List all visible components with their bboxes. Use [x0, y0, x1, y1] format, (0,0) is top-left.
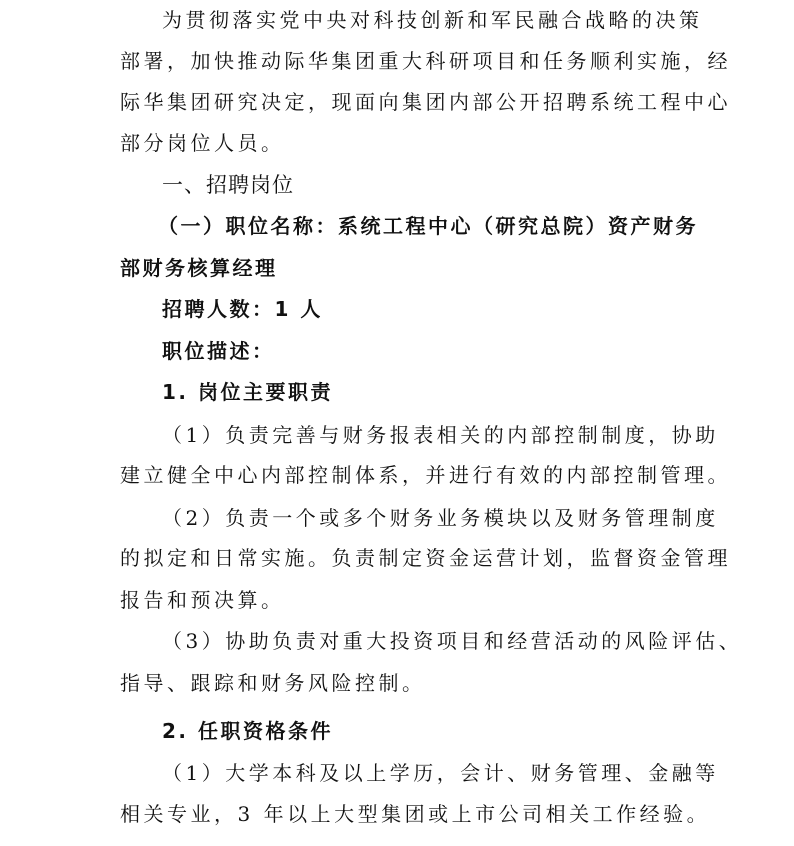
duty-3-line-1: （3）协助负责对重大投资项目和经营活动的风险评估、 [162, 628, 718, 654]
duty-2-line-1: （2）负责一个或多个财务业务模块以及财务管理制度 [162, 505, 718, 531]
duty-1-line-2: 建立健全中心内部控制体系，并进行有效的内部控制管理。 [120, 462, 676, 488]
duties-heading: 1. 岗位主要职责 [162, 379, 718, 405]
position-title-line-1: （一）职位名称：系统工程中心（研究总院）资产财务 [158, 213, 714, 239]
duty-3-line-2: 指导、跟踪和财务风险控制。 [120, 670, 676, 696]
qualification-1-line-2: 相关专业，3 年以上大型集团或上市公司相关工作经验。 [120, 801, 676, 827]
duty-2-line-3: 报告和预决算。 [120, 587, 676, 613]
qualification-1-line-1: （1）大学本科及以上学历，会计、财务管理、金融等 [162, 760, 718, 786]
position-title-line-2: 部财务核算经理 [120, 255, 676, 281]
qualifications-heading: 2. 任职资格条件 [162, 718, 718, 744]
intro-line-2: 部署，加快推动际华集团重大科研项目和任务顺利实施，经 [120, 48, 676, 74]
intro-line-4: 部分岗位人员。 [120, 130, 676, 156]
headcount: 招聘人数：1 人 [162, 296, 718, 322]
duty-1-line-1: （1）负责完善与财务报表相关的内部控制制度，协助 [162, 422, 718, 448]
duty-2-line-2: 的拟定和日常实施。负责制定资金运营计划，监督资金管理 [120, 545, 676, 571]
description-label: 职位描述： [162, 338, 718, 364]
intro-line-1: 为贯彻落实党中央对科技创新和军民融合战略的决策 [162, 7, 718, 33]
intro-line-3: 际华集团研究决定，现面向集团内部公开招聘系统工程中心 [120, 89, 676, 115]
section-heading-recruitment: 一、招聘岗位 [162, 172, 718, 198]
